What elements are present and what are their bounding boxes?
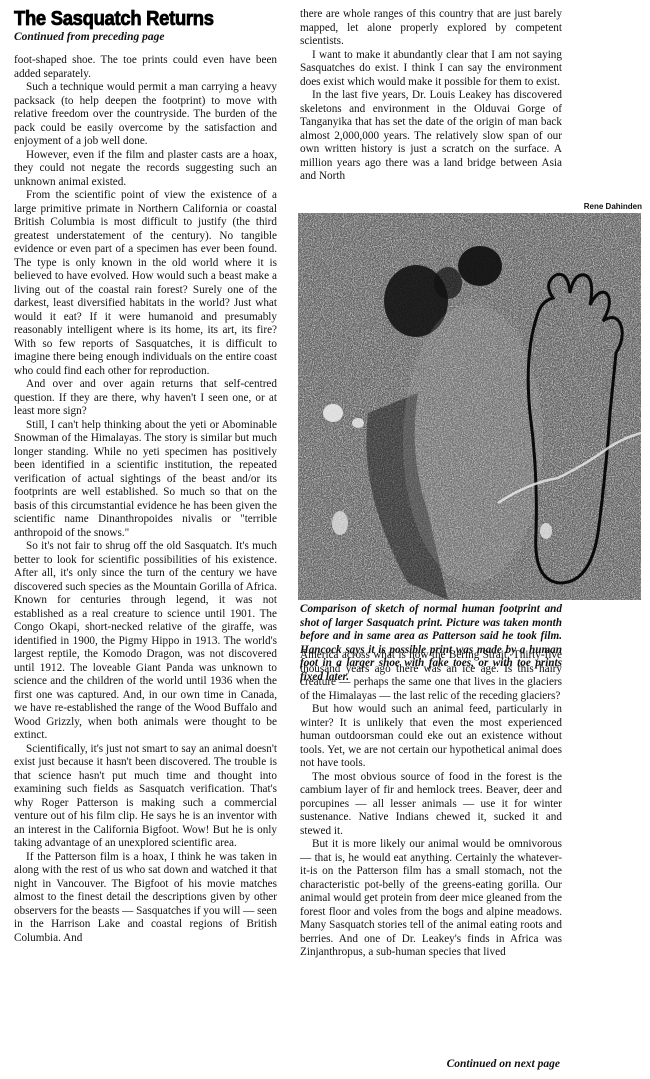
- paragraph: However, even if the film and plaster ca…: [14, 149, 277, 190]
- paragraph: The most obvious source of food in the f…: [300, 771, 562, 839]
- article-title: The Sasquatch Returns: [14, 8, 214, 30]
- paragraph: From the scientific point of view the ex…: [14, 189, 277, 378]
- left-column: foot-shaped shoe. The toe prints could e…: [14, 54, 277, 945]
- paragraph: there are whole ranges of this country t…: [300, 8, 562, 49]
- continued-from-kicker: Continued from preceding page: [14, 30, 164, 44]
- right-column-top: there are whole ranges of this country t…: [300, 8, 562, 184]
- paragraph: Still, I can't help thinking about the y…: [14, 419, 277, 541]
- paragraph: And over and over again returns that sel…: [14, 378, 277, 419]
- right-column-bottom: America across what is now the Bering St…: [300, 649, 562, 960]
- continued-on-next-page: Continued on next page: [440, 1058, 560, 1070]
- footprint-image-icon: [298, 213, 641, 600]
- paragraph: So it's not fair to shrug off the old Sa…: [14, 540, 277, 743]
- footprint-comparison-photo: [298, 213, 641, 600]
- paragraph: Scientifically, it's just not smart to s…: [14, 743, 277, 851]
- paragraph: Such a technique would permit a man carr…: [14, 81, 277, 149]
- paragraph: America across what is now the Bering St…: [300, 649, 562, 703]
- photo-credit: Rene Dahinden: [560, 202, 642, 211]
- paragraph: foot-shaped shoe. The toe prints could e…: [14, 54, 277, 81]
- paragraph: But it is more likely our animal would b…: [300, 838, 562, 960]
- magazine-page: The Sasquatch Returns Continued from pre…: [0, 0, 650, 1079]
- paragraph: I want to make it abundantly clear that …: [300, 49, 562, 90]
- paragraph: In the last five years, Dr. Louis Leakey…: [300, 89, 562, 184]
- paragraph: But how would such an animal feed, parti…: [300, 703, 562, 771]
- paragraph: If the Patterson film is a hoax, I think…: [14, 851, 277, 946]
